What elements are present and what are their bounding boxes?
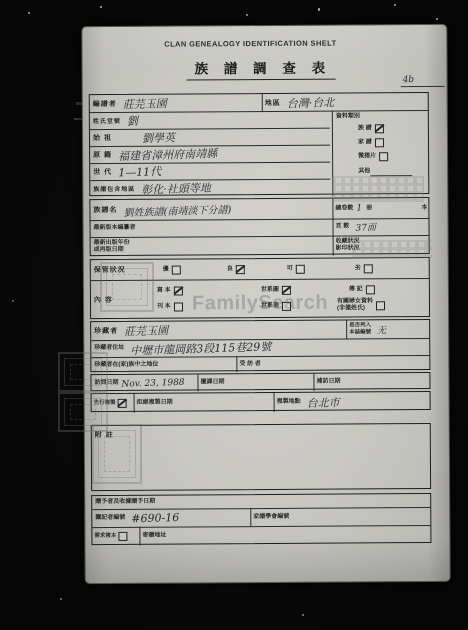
- checkbox-precopy: [118, 399, 127, 408]
- copy-place-value: 台北市: [306, 394, 339, 411]
- keep-option-excellent: 優: [163, 266, 181, 275]
- film-speck: [100, 6, 102, 8]
- checkbox-copy-request: [118, 532, 127, 541]
- watermark-seal: [100, 262, 154, 312]
- content-option-pedigree-chart: 世系圖: [261, 286, 291, 295]
- film-speck: [12, 300, 14, 302]
- field-region: 地區 台灣·台北: [262, 93, 430, 111]
- genealogy-title-value: 劉姓族譜(南靖淡下分譜): [123, 200, 231, 218]
- field-holder: 珍藏者 莊芫玉園: [91, 321, 346, 341]
- holder-address-value: 中壢市龍岡路3段115巷29號: [130, 338, 271, 358]
- content-option-pedigree-table: 世系表: [261, 302, 291, 311]
- checkbox-biography: [366, 285, 375, 294]
- holder-value: 莊芫玉園: [124, 322, 168, 339]
- field-copy-request: 需求複本: [92, 527, 139, 546]
- page-count-value: 37面: [355, 220, 376, 234]
- section-copying: 先行複製 拒絕複製日期 複製地點 台北市: [91, 391, 431, 412]
- material-other-line: [370, 167, 412, 176]
- field-interviewee: 受 訪 者: [236, 355, 431, 372]
- field-photographer-number: 攝記者編號 #690-16: [92, 508, 250, 527]
- origin-value: 福建省漳州府南靖縣: [118, 145, 217, 164]
- checkbox-manuscript: [174, 287, 183, 296]
- content-option-printed: 刊 本: [157, 303, 183, 312]
- photographer-number-value: #690-16: [131, 510, 179, 524]
- field-ancestor: 始 祖 劉學英: [90, 128, 332, 146]
- page-title: 族 譜 調 查 表: [186, 57, 335, 81]
- coverage-area-value: 彰化·社頭等地: [141, 179, 211, 197]
- field-revisit-date: 補訪日期: [313, 373, 431, 391]
- form-header: CLAN GENEALOGY IDENTIFICATION SHELT: [82, 38, 418, 49]
- checkbox-fair: [296, 265, 305, 274]
- field-copy-place: 複製地點 台北市: [274, 392, 432, 412]
- field-origin: 原 籍 福建省漳州府南靖縣: [90, 145, 332, 163]
- field-compiler: 編譜者 莊芫玉園: [90, 94, 262, 112]
- content-option-women-records: 有關婦女資料 (非僅姓氏): [337, 298, 385, 312]
- content-option-manuscript: 寫 本: [157, 287, 183, 296]
- checkbox-printed: [174, 303, 183, 312]
- watermark-seal: [58, 352, 108, 392]
- watermark-seal: [92, 424, 142, 484]
- listed-value: 无: [377, 323, 386, 336]
- field-holder-position: 珍藏者在(家)族中之地位: [91, 356, 236, 373]
- field-publication-date: 最新出版年份 或再版日期: [91, 236, 333, 257]
- section-registration: 贈予者及收據贈予日期 攝記者編號 #690-16 家譜學會編號 需求複本 寄贈地…: [91, 493, 431, 545]
- checkbox-pedigree-chart: [282, 286, 291, 295]
- film-speck: [318, 8, 320, 11]
- checkbox-family-genealogy: [375, 138, 384, 147]
- field-latest-editor: 最新版本編纂者: [90, 219, 332, 237]
- field-generations: 世 代 1—11代: [90, 162, 332, 180]
- compiler-value: 莊芫玉園: [123, 95, 167, 112]
- film-speck: [436, 18, 438, 20]
- checkbox-pedigree-table: [282, 302, 291, 311]
- surname-value: 劉: [127, 112, 138, 128]
- section-dates: 訪問日期 Nov. 23, 1988 覆譯日期 補訪日期: [90, 372, 430, 391]
- watermark-tile: [332, 176, 424, 202]
- film-speck: [394, 4, 396, 6]
- film-speck: [302, 614, 304, 616]
- watermark-tile: [352, 240, 432, 258]
- checkbox-women-records: [376, 301, 385, 310]
- field-genealogy-title: 族譜名 劉姓族譜(南靖淡下分譜): [90, 199, 332, 220]
- field-refuse-copy-date: 拒絕複製日期: [134, 393, 274, 413]
- checkbox-microfilm: [379, 152, 388, 161]
- checkbox-good: [236, 265, 245, 274]
- checkbox-clan-genealogy: [375, 124, 384, 133]
- field-society-number: 家譜學會編號: [250, 507, 432, 526]
- region-value: 台灣·台北: [287, 94, 335, 111]
- field-page-count: 頁 數 37面: [332, 218, 430, 236]
- checkbox-poor: [364, 264, 373, 273]
- section-holder: 珍藏者 莊芫玉園 是否列入 本誌編號 无 珍藏者住址 中壢市龍岡路3段115巷2…: [90, 319, 430, 372]
- checkbox-excellent: [172, 266, 181, 275]
- content-option-biography: 傳 記: [349, 285, 375, 294]
- visit-date-value: Nov. 23, 1988: [121, 377, 184, 389]
- keep-option-fair: 可: [287, 265, 305, 274]
- field-send-address: 寄贈地址: [139, 525, 432, 546]
- page-number-value: 4b: [402, 75, 414, 85]
- field-coverage-area: 族譜包含地區 彰化·社頭等地: [90, 179, 332, 197]
- page-number-mark: 4b: [401, 69, 445, 87]
- field-holder-address: 珍藏者住址 中壢市龍岡路3段115巷29號: [91, 338, 431, 357]
- field-surname: 姓氏堂號 劉: [90, 111, 332, 129]
- keep-option-good: 良: [227, 265, 245, 274]
- field-listed: 是否列入 本誌編號 无: [346, 320, 431, 339]
- film-speck: [246, 14, 248, 16]
- field-review-date: 覆譯日期: [197, 374, 313, 392]
- film-scratch: [74, 118, 83, 120]
- generations-value: 1—11代: [118, 163, 161, 180]
- film-speck: [28, 12, 30, 14]
- film-speck: [60, 598, 62, 600]
- material-type-label: 資料類別: [336, 113, 426, 121]
- ancestor-value: 劉學英: [142, 129, 175, 146]
- keep-option-poor: 劣: [355, 264, 373, 273]
- volume-count-value: 1: [356, 203, 362, 213]
